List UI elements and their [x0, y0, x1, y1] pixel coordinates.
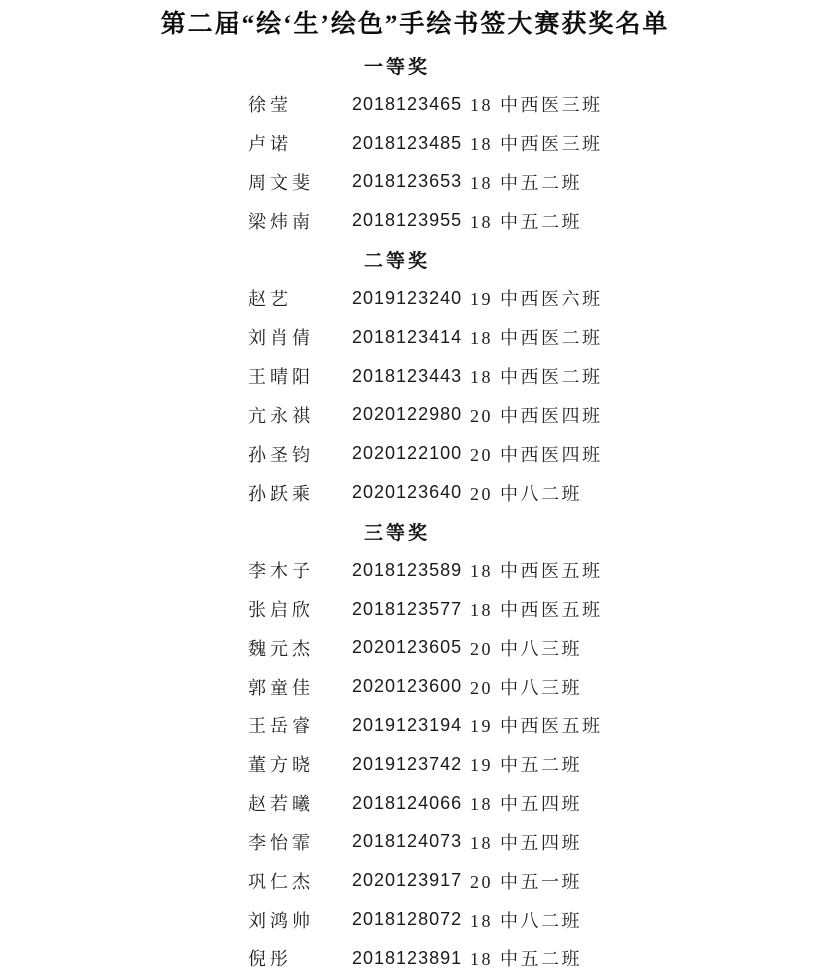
winner-name: 赵若曦	[248, 790, 352, 816]
winner-name: 李木子	[248, 557, 352, 583]
student-id: 2019123240	[352, 288, 470, 309]
student-id: 2018123465	[352, 94, 470, 115]
student-id: 2020123605	[352, 637, 470, 658]
table-row: 刘肖倩 2018123414 18 中西医二班	[0, 318, 830, 357]
class-name: 18 中西医三班	[470, 91, 603, 117]
table-row: 赵若曦 2018124066 18 中五四班	[0, 784, 830, 823]
section-heading-first-prize: 一等奖	[0, 46, 812, 85]
winner-name: 孙圣钧	[248, 441, 352, 467]
class-name: 20 中西医四班	[470, 402, 603, 428]
class-name: 18 中五四班	[470, 790, 582, 816]
winner-name: 巩仁杰	[248, 868, 352, 894]
table-row: 魏元杰 2020123605 20 中八三班	[0, 628, 830, 667]
student-id: 2020123600	[352, 676, 470, 697]
table-row: 巩仁杰 2020123917 20 中五一班	[0, 861, 830, 900]
table-row: 亢永祺 2020122980 20 中西医四班	[0, 395, 830, 434]
class-name: 20 中八二班	[470, 480, 582, 506]
student-id: 2020123640	[352, 482, 470, 503]
student-id: 2019123742	[352, 754, 470, 775]
student-id: 2018128072	[352, 909, 470, 930]
winner-name: 李怡霏	[248, 829, 352, 855]
student-id: 2018123955	[352, 210, 470, 231]
class-name: 20 中西医四班	[470, 441, 603, 467]
winner-name: 王岳睿	[248, 712, 352, 738]
section-heading-third-prize: 三等奖	[0, 512, 812, 551]
class-name: 18 中八二班	[470, 907, 582, 933]
class-name: 20 中八三班	[470, 674, 582, 700]
table-row: 李怡霏 2018124073 18 中五四班	[0, 823, 830, 862]
class-name: 18 中五二班	[470, 945, 582, 971]
winner-name: 赵艺	[248, 285, 352, 311]
winner-name: 刘鸿帅	[248, 907, 352, 933]
winner-name: 亢永祺	[248, 402, 352, 428]
winner-name: 张启欣	[248, 596, 352, 622]
class-name: 18 中五四班	[470, 829, 582, 855]
student-id: 2018123443	[352, 366, 470, 387]
table-row: 梁炜南 2018123955 18 中五二班	[0, 201, 830, 240]
table-row: 刘鸿帅 2018128072 18 中八二班	[0, 900, 830, 939]
section-heading-second-prize: 二等奖	[0, 240, 812, 279]
student-id: 2020122980	[352, 404, 470, 425]
page-title: 第二届“绘‘生’绘色”手绘书签大赛获奖名单	[0, 4, 830, 40]
winner-name: 梁炜南	[248, 208, 352, 234]
class-name: 19 中五二班	[470, 751, 582, 777]
winner-name: 倪彤	[248, 945, 352, 971]
class-name: 19 中西医五班	[470, 712, 603, 738]
class-name: 18 中西医五班	[470, 596, 603, 622]
class-name: 18 中西医三班	[470, 130, 603, 156]
class-name: 20 中五一班	[470, 868, 582, 894]
class-name: 18 中西医二班	[470, 324, 603, 350]
table-row: 卢诺 2018123485 18 中西医三班	[0, 124, 830, 163]
table-row: 赵艺 2019123240 19 中西医六班	[0, 279, 830, 318]
class-name: 18 中西医五班	[470, 557, 603, 583]
table-row: 张启欣 2018123577 18 中西医五班	[0, 590, 830, 629]
class-name: 18 中西医二班	[470, 363, 603, 389]
winner-name: 董方晓	[248, 751, 352, 777]
winner-name: 刘肖倩	[248, 324, 352, 350]
winner-name: 周文斐	[248, 169, 352, 195]
winner-name: 孙跃乘	[248, 480, 352, 506]
student-id: 2018123414	[352, 327, 470, 348]
student-id: 2018124066	[352, 793, 470, 814]
award-list: 一等奖 徐莹 2018123465 18 中西医三班 卢诺 2018123485…	[0, 46, 830, 978]
winner-name: 卢诺	[248, 130, 352, 156]
winner-name: 徐莹	[248, 91, 352, 117]
student-id: 2018123653	[352, 171, 470, 192]
class-name: 18 中五二班	[470, 169, 582, 195]
student-id: 2018123485	[352, 133, 470, 154]
winner-name: 魏元杰	[248, 635, 352, 661]
class-name: 20 中八三班	[470, 635, 582, 661]
table-row: 倪彤 2018123891 18 中五二班	[0, 939, 830, 978]
student-id: 2018123891	[352, 948, 470, 969]
student-id: 2018123577	[352, 599, 470, 620]
student-id: 2020122100	[352, 443, 470, 464]
student-id: 2018124073	[352, 831, 470, 852]
table-row: 王岳睿 2019123194 19 中西医五班	[0, 706, 830, 745]
table-row: 郭童佳 2020123600 20 中八三班	[0, 667, 830, 706]
table-row: 王晴阳 2018123443 18 中西医二班	[0, 357, 830, 396]
table-row: 董方晓 2019123742 19 中五二班	[0, 745, 830, 784]
winner-name: 王晴阳	[248, 363, 352, 389]
class-name: 18 中五二班	[470, 208, 582, 234]
award-list-document: 第二届“绘‘生’绘色”手绘书签大赛获奖名单 一等奖 徐莹 2018123465 …	[0, 0, 830, 978]
student-id: 2018123589	[352, 560, 470, 581]
winner-name: 郭童佳	[248, 674, 352, 700]
table-row: 周文斐 2018123653 18 中五二班	[0, 162, 830, 201]
table-row: 李木子 2018123589 18 中西医五班	[0, 551, 830, 590]
student-id: 2020123917	[352, 870, 470, 891]
class-name: 19 中西医六班	[470, 285, 603, 311]
table-row: 孙圣钧 2020122100 20 中西医四班	[0, 434, 830, 473]
table-row: 徐莹 2018123465 18 中西医三班	[0, 85, 830, 124]
table-row: 孙跃乘 2020123640 20 中八二班	[0, 473, 830, 512]
student-id: 2019123194	[352, 715, 470, 736]
